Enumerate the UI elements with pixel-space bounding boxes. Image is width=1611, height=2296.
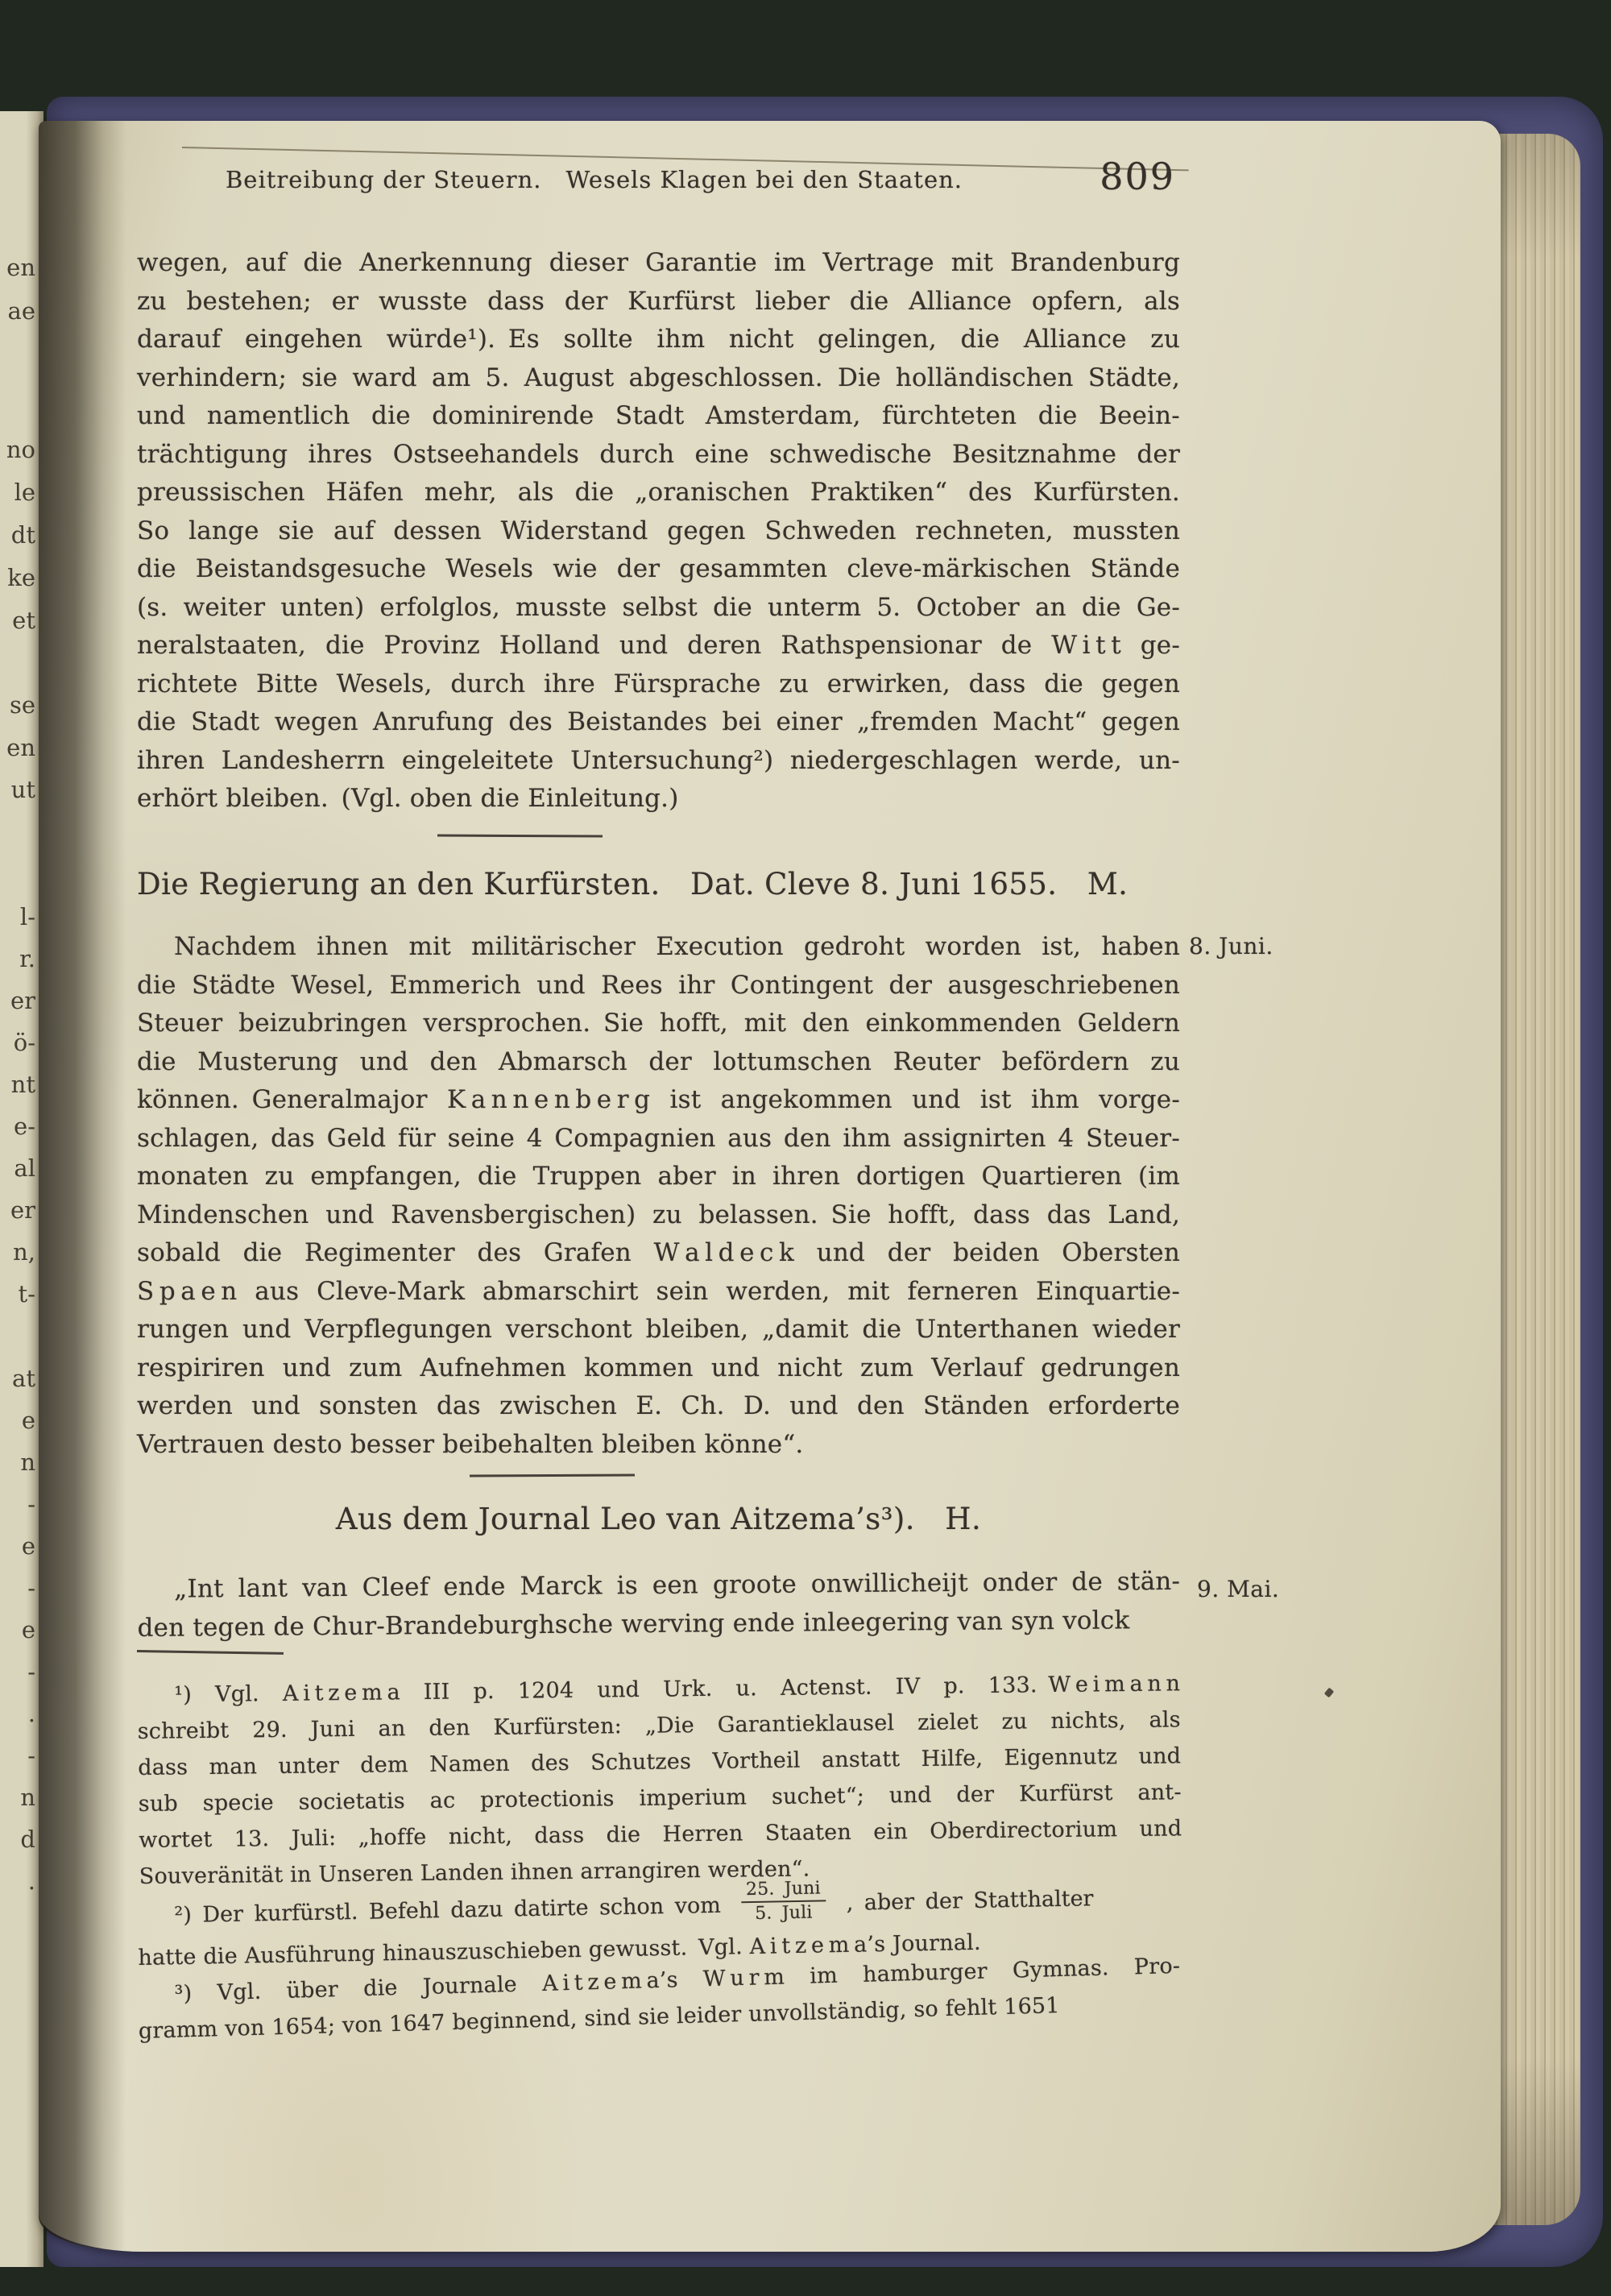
section-heading-regierung: Die Regierung an den Kurfürsten. Dat. Cl… [137, 867, 1216, 901]
date-fraction-denominator: 5. Juli [741, 1901, 826, 1924]
text-line: erhört bleiben. (Vgl. oben die Einleitun… [137, 780, 1180, 819]
text-line: neralstaaten, die Provinz Holland und de… [137, 627, 1180, 665]
facing-page-text-fragment: . [0, 1870, 35, 1893]
text-line: richtete Bitte Wesels, durch ihre Fürspr… [137, 665, 1180, 704]
facing-page-text-fragment: at [0, 1367, 35, 1390]
text-line: trächtigung ihres Ostseehandels durch ei… [137, 436, 1180, 475]
text-line: werden und sonsten das zwischen E. Ch. D… [137, 1387, 1180, 1426]
facing-page-text-fragment: al [0, 1157, 35, 1180]
book-scan-photo: enaenoledtkeetseenutl-r.erö-nte-alern,t-… [0, 0, 1611, 2296]
text-line: die Stadt wegen Anrufung des Beistandes … [137, 703, 1180, 742]
text-line: können. Generalmajor K a n n e n b e r g… [137, 1081, 1180, 1120]
footnote-1: ¹) Vgl. A i t z e m a III p. 1204 und Ur… [137, 1665, 1182, 1895]
date-fraction: 25. Juni 5. Juli [741, 1879, 826, 1925]
date-fraction-numerator: 25. Juni [741, 1879, 826, 1903]
text-line: ihren Landesherrn eingeleitete Untersuch… [137, 742, 1180, 781]
book-page: Beitreibung der Steuern. Wesels Klagen b… [39, 121, 1501, 2252]
facing-page-text-fragment: ke [0, 566, 35, 590]
ink-speck [1324, 1688, 1335, 1698]
paragraph-3: „Int lant van Cleef ende Marck is een gr… [137, 1563, 1181, 1647]
section-divider-rule [470, 1473, 635, 1477]
facing-page-text-fragment: n [0, 1451, 35, 1474]
text-line: (s. weiter unten) erfolglos, musste selb… [137, 589, 1180, 628]
text-line: respiriren und zum Aufnehmen kommen und … [137, 1349, 1180, 1388]
text-line: den tegen de Chur-Brandeburghsche wervin… [137, 1601, 1180, 1647]
facing-page-text-fragment: - [0, 1577, 35, 1600]
facing-page-text-fragment: - [0, 1744, 35, 1768]
facing-page-text-fragment: ae [0, 300, 35, 323]
text-line: So lange sie auf dessen Widerstand gegen… [137, 512, 1180, 551]
text-line: verhindern; sie ward am 5. August abgesc… [137, 359, 1180, 398]
section-divider-rule [437, 834, 603, 837]
text-line: preussischen Häfen mehr, als die „oranis… [137, 474, 1180, 512]
facing-page-text-fragment: dt [0, 524, 35, 547]
facing-page-text-fragment: - [0, 1493, 35, 1516]
page-header: Beitreibung der Steuern. Wesels Klagen b… [137, 160, 1180, 211]
facing-page-text-fragment: e [0, 1409, 35, 1432]
paragraph-2: Nachdem ihnen mit militärischer Executio… [137, 928, 1180, 1464]
facing-page-text-fragment: e [0, 1535, 35, 1558]
facing-page-text-fragment: l- [0, 906, 35, 929]
text-line: die Beistandsgesuche Wesels wie der gesa… [137, 550, 1180, 589]
facing-page-text-fragment: d [0, 1828, 35, 1851]
footnote-2-text-pre: ²) Der kurfürstl. Befehl dazu datirte sc… [174, 1893, 721, 1928]
text-line: die Musterung und den Abmarsch der lottu… [137, 1043, 1180, 1082]
facing-page-text-fragment: ut [0, 778, 35, 802]
facing-page-text-fragment: n, [0, 1241, 35, 1264]
text-line: darauf eingehen würde¹). Es sollte ihm n… [137, 321, 1180, 359]
facing-page-text-fragment: ö- [0, 1031, 35, 1055]
text-line: Steuer beizubringen versprochen. Sie hof… [137, 1005, 1180, 1043]
facing-page-text-fragment: en [0, 256, 35, 280]
margin-note-date: 9. Mai. [1197, 1576, 1279, 1602]
facing-page-text-fragment: . [0, 1702, 35, 1726]
facing-page-edge: enaenoledtkeetseenutl-r.erö-nte-alern,t-… [0, 111, 43, 2267]
text-line: die Städte Wesel, Emmerich und Rees ihr … [137, 967, 1180, 1005]
text-line: schlagen, das Geld für seine 4 Compagnie… [137, 1120, 1180, 1158]
footnote-separator [137, 1650, 284, 1655]
text-line: Nachdem ihnen mit militärischer Executio… [137, 928, 1180, 967]
facing-page-text-fragment: en [0, 736, 35, 760]
facing-page-text-fragment: nt [0, 1073, 35, 1096]
facing-page-text-fragment: se [0, 694, 35, 717]
facing-page-text-fragment: er [0, 989, 35, 1013]
footnote-2-text-post: , aber der Statthalter [846, 1886, 1093, 1916]
running-title: Beitreibung der Steuern. Wesels Klagen b… [137, 166, 1051, 193]
facing-page-text-fragment: e- [0, 1115, 35, 1138]
facing-page-text-fragment: t- [0, 1283, 35, 1306]
facing-page-text-fragment: - [0, 1660, 35, 1684]
facing-page-text-fragment: er [0, 1199, 35, 1222]
margin-note-date: 8. Juni. [1189, 933, 1273, 959]
facing-page-text-fragment: no [0, 438, 35, 462]
text-line: wegen, auf die Anerkennung dieser Garant… [137, 244, 1180, 283]
text-line: monaten zu empfangen, die Truppen aber i… [137, 1158, 1180, 1196]
text-line: zu bestehen; er wusste dass der Kurfürst… [137, 283, 1180, 321]
facing-page-text-fragment: e [0, 1618, 35, 1642]
text-line: und namentlich die dominirende Stadt Ams… [137, 397, 1180, 436]
text-line: Mindenschen und Ravensbergischen) zu bel… [137, 1196, 1180, 1235]
text-line: rungen und Verpflegungen verschont bleib… [137, 1311, 1180, 1349]
section-heading-journal: Aus dem Journal Leo van Aitzema’s³). H. [137, 1502, 1180, 1536]
facing-page-text-fragment: n [0, 1786, 35, 1809]
facing-page-text-fragment: r. [0, 947, 35, 971]
text-line: sobald die Regimenter des Grafen W a l d… [137, 1234, 1180, 1273]
text-line: Vertrauen desto besser beibehalten bleib… [137, 1426, 1180, 1465]
facing-page-text-fragment: et [0, 609, 35, 632]
text-line: S p a e n aus Cleve-Mark abmarschirt sei… [137, 1273, 1180, 1312]
paragraph-1: wegen, auf die Anerkennung dieser Garant… [137, 244, 1180, 819]
page-number: 809 [1100, 155, 1175, 198]
facing-page-text-fragment: le [0, 481, 35, 504]
gutter-shadow [39, 121, 134, 2252]
